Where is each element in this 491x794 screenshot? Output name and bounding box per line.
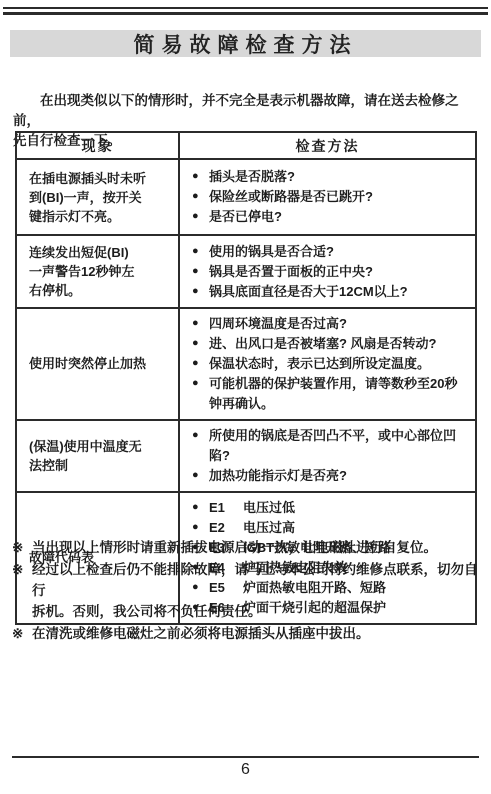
bullet-icon: ● xyxy=(192,334,209,354)
phenomenon-line: 一声警告12秒钟左 xyxy=(29,262,174,281)
check-item: ●四周环境温度是否过高? xyxy=(192,314,469,334)
page-title: 简易故障检查方法 xyxy=(10,30,481,57)
note-marker-icon: ※ xyxy=(12,559,32,622)
footnote-text: 当出现以上情形时请重新插拔电源启动一次，让电磁灶进行自复位。 xyxy=(32,537,483,558)
checks-cell: ●四周环境温度是否过高? ●进、出风口是否被堵塞? 风扇是否转动? ●保温状态时… xyxy=(179,308,476,420)
bullet-icon: ● xyxy=(192,262,209,282)
bullet-icon: ● xyxy=(192,314,209,334)
bullet-icon: ● xyxy=(192,187,209,207)
footnote-text: 经过以上检查后仍不能排除故障，请马上与本公司特约维修点联系，切勿自行 拆机。否则… xyxy=(32,559,483,622)
page-number: 6 xyxy=(0,761,491,779)
fault-code-item: ●E1电压过低 xyxy=(192,498,469,518)
footnote-text: 在清洗或维修电磁灶之前必须将电源插头从插座中拔出。 xyxy=(32,623,483,644)
phenomenon-cell: (保温)使用中温度无 法控制 xyxy=(16,420,179,492)
table-header-row: 现象 检查方法 xyxy=(16,132,476,159)
bullet-icon: ● xyxy=(192,466,209,486)
check-item: ●保温状态时，表示已达到所设定温度。 xyxy=(192,354,469,374)
phenomenon-line: 键指示灯不亮。 xyxy=(29,207,174,226)
check-text: 使用的锅具是否合适? xyxy=(209,242,469,262)
bullet-icon: ● xyxy=(192,242,209,262)
footnotes: ※ 当出现以上情形时请重新插拔电源启动一次，让电磁灶进行自复位。 ※ 经过以上检… xyxy=(12,537,483,645)
table-row-stops-heating: 使用时突然停止加热 ●四周环境温度是否过高? ●进、出风口是否被堵塞? 风扇是否… xyxy=(16,308,476,420)
check-item: ●进、出风口是否被堵塞? 风扇是否转动? xyxy=(192,334,469,354)
fault-code: E2 xyxy=(209,518,243,538)
check-text: 锅具底面直径是否大于12CM以上? xyxy=(209,282,469,302)
phenomenon-line: 连续发出短促(BI) xyxy=(29,243,174,262)
check-item: ●所使用的锅底是否凹凸不平，或中心部位凹陷? xyxy=(192,426,469,465)
bullet-icon: ● xyxy=(192,207,209,227)
note-marker-icon: ※ xyxy=(12,537,32,558)
footnote-contact-service: ※ 经过以上检查后仍不能排除故障，请马上与本公司特约维修点联系，切勿自行 拆机。… xyxy=(12,559,483,622)
footnote-line: 在清洗或维修电磁灶之前必须将电源插头从插座中拔出。 xyxy=(32,623,483,644)
footnote-line: 拆机。否则，我公司将不负任何责任。 xyxy=(32,601,483,622)
check-text: 锅具是否置于面板的正中央? xyxy=(209,262,469,282)
checks-cell: ●所使用的锅底是否凹凸不平，或中心部位凹陷? ●加热功能指示灯是否亮? xyxy=(179,420,476,492)
phenomenon-cell: 使用时突然停止加热 xyxy=(16,308,179,420)
check-text: 是否已停电? xyxy=(209,207,469,227)
check-text: 保温状态时，表示已达到所设定温度。 xyxy=(209,354,469,374)
table-row-no-beep: 在插电源插头时未听 到(BI)一声，按开关 键指示灯不亮。 ●插头是否脱落? ●… xyxy=(16,159,476,235)
table-row-temp-uncontrolled: (保温)使用中温度无 法控制 ●所使用的锅底是否凹凸不平，或中心部位凹陷? ●加… xyxy=(16,420,476,492)
footnote-unplug-before-clean: ※ 在清洗或维修电磁灶之前必须将电源插头从插座中拔出。 xyxy=(12,623,483,644)
check-item: ●使用的锅具是否合适? xyxy=(192,242,469,262)
check-text: 进、出风口是否被堵塞? 风扇是否转动? xyxy=(209,334,469,354)
fault-code-item: ●E2电压过高 xyxy=(192,518,469,538)
phenomenon-cell: 连续发出短促(BI) 一声警告12秒钟左 右停机。 xyxy=(16,235,179,308)
check-text: 可能机器的保护装置作用，请等数秒至20秒钟再确认。 xyxy=(209,374,469,413)
manual-page: 简易故障检查方法 在出现类似以下的情形时，并不完全是表示机器故障，请在送去检修之… xyxy=(0,0,491,794)
bullet-icon: ● xyxy=(192,354,209,374)
phenomenon-line: 法控制 xyxy=(29,456,174,475)
bullet-icon: ● xyxy=(192,167,209,187)
fault-code-text: E2电压过高 xyxy=(209,518,469,538)
check-item: ●可能机器的保护装置作用，请等数秒至20秒钟再确认。 xyxy=(192,374,469,413)
phenomenon-line: 到(BI)一声，按开关 xyxy=(29,188,174,207)
footnote-line: 经过以上检查后仍不能排除故障，请马上与本公司特约维修点联系，切勿自行 xyxy=(32,559,483,601)
bullet-icon: ● xyxy=(192,282,209,302)
phenomenon-line: 右停机。 xyxy=(29,281,174,300)
check-item: ●加热功能指示灯是否亮? xyxy=(192,466,469,486)
top-rule-thin xyxy=(3,7,488,9)
check-text: 插头是否脱落? xyxy=(209,167,469,187)
check-item: ●锅具是否置于面板的正中央? xyxy=(192,262,469,282)
phenomenon-line: 在插电源插头时未听 xyxy=(29,169,174,188)
phenomenon-cell: 在插电源插头时未听 到(BI)一声，按开关 键指示灯不亮。 xyxy=(16,159,179,235)
bullet-icon: ● xyxy=(192,374,209,394)
table-row-beep-warning: 连续发出短促(BI) 一声警告12秒钟左 右停机。 ●使用的锅具是否合适? ●锅… xyxy=(16,235,476,308)
check-text: 四周环境温度是否过高? xyxy=(209,314,469,334)
checks-cell: ●插头是否脱落? ●保险丝或断路器是否已跳开? ●是否已停电? xyxy=(179,159,476,235)
check-item: ●插头是否脱落? xyxy=(192,167,469,187)
footnote-self-reset: ※ 当出现以上情形时请重新插拔电源启动一次，让电磁灶进行自复位。 xyxy=(12,537,483,558)
phenomenon-line: (保温)使用中温度无 xyxy=(29,437,174,456)
fault-code-text: E1电压过低 xyxy=(209,498,469,518)
fault-desc: 电压过高 xyxy=(243,520,295,535)
fault-code: E1 xyxy=(209,498,243,518)
check-item: ●锅具底面直径是否大于12CM以上? xyxy=(192,282,469,302)
check-item: ●是否已停电? xyxy=(192,207,469,227)
check-text: 加热功能指示灯是否亮? xyxy=(209,466,469,486)
page-title-text: 简易故障检查方法 xyxy=(134,29,358,59)
bullet-icon: ● xyxy=(192,426,209,446)
phenomenon-line: 使用时突然停止加热 xyxy=(29,354,174,373)
check-text: 所使用的锅底是否凹凸不平，或中心部位凹陷? xyxy=(209,426,469,465)
column-header-phenomenon: 现象 xyxy=(16,132,179,159)
intro-line-1: 在出现类似以下的情形时，并不完全是表示机器故障，请在送去检修之前， xyxy=(13,91,480,131)
fault-desc: 电压过低 xyxy=(243,500,295,515)
note-marker-icon: ※ xyxy=(12,623,32,644)
check-text: 保险丝或断路器是否已跳开? xyxy=(209,187,469,207)
check-item: ●保险丝或断路器是否已跳开? xyxy=(192,187,469,207)
top-rule-thick xyxy=(3,12,488,15)
checks-cell: ●使用的锅具是否合适? ●锅具是否置于面板的正中央? ●锅具底面直径是否大于12… xyxy=(179,235,476,308)
bullet-icon: ● xyxy=(192,498,209,518)
footnote-line: 当出现以上情形时请重新插拔电源启动一次，让电磁灶进行自复位。 xyxy=(32,537,483,558)
bullet-icon: ● xyxy=(192,518,209,538)
bottom-rule xyxy=(12,756,479,758)
column-header-method: 检查方法 xyxy=(179,132,476,159)
